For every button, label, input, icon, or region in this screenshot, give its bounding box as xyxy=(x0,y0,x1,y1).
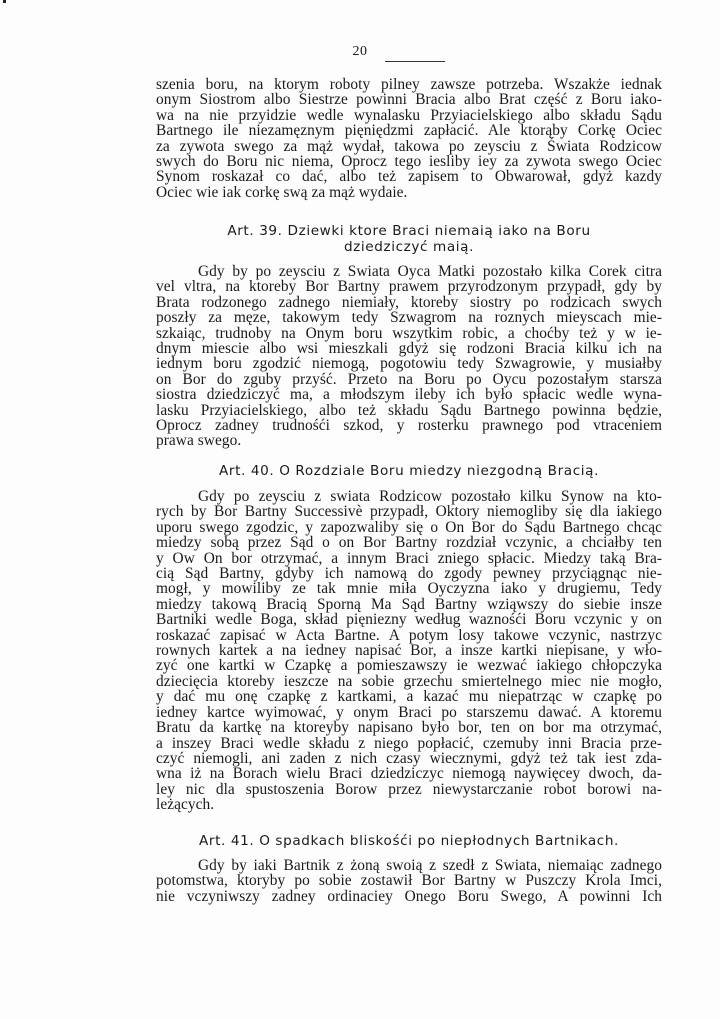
text-line: Bartniki wedle Boga, skład pięniezny wed… xyxy=(156,612,662,627)
text-line: roskazać zapisać w Acta Bartne. A potym … xyxy=(156,628,662,643)
text-line: uporu swego zgodzic, y zapozwaliby się o… xyxy=(156,520,662,535)
text-line: potomstwa, ktoryby po sobie zostawił Bor… xyxy=(156,873,662,888)
heading-art-39: Art. 39. Dziewki ktore Braci niemaią iak… xyxy=(156,224,662,255)
paragraph-art-39: Gdy by po zeysciu z Swiata Oyca Matki po… xyxy=(156,264,662,449)
heading-art-40: Art. 40. O Rozdziale Boru miedzy niezgod… xyxy=(156,464,662,480)
text-line: poszły za męze, takowym tedy Szwagrom na… xyxy=(156,310,662,325)
heading-line: Art. 41. O spadkach bliskośći po niepłod… xyxy=(156,834,662,850)
text-line: onym Siostrom albo Siestrze powinni Brac… xyxy=(156,92,662,107)
text-line: prawa swego. xyxy=(156,433,662,448)
heading-line: Art. 40. O Rozdziale Boru miedzy niezgod… xyxy=(156,464,662,480)
text-line: Bratu da kartkę na ktoreyby napisano był… xyxy=(156,720,662,735)
text-line: iedney kartce wyimować, y onym Braci po … xyxy=(156,705,662,720)
page-number: 20 xyxy=(0,44,720,60)
text-line: dnym miescie albo wsi mieszkali gdyż się… xyxy=(156,341,662,356)
text-line: Gdy by po zeysciu z Swiata Oyca Matki po… xyxy=(156,264,662,279)
text-line: rych by Bor Bartny Successivè przypadł, … xyxy=(156,504,662,519)
text-line: rownych kartek a na iedney napisać Bor, … xyxy=(156,643,662,658)
text-line: dziecięcia ktoreby ieszcze na sobie grze… xyxy=(156,674,662,689)
text-line: miedzy takową Bracią Sporną Ma Sąd Bartn… xyxy=(156,597,662,612)
text-line: Bartnego ile niezamęznym pięniędzmi zapł… xyxy=(156,123,662,138)
text-line: Brata rodzonego zadnego niemiały, ktoreb… xyxy=(156,295,662,310)
text-line: zyć one kartki w Czapkę a pomieszawszy i… xyxy=(156,658,662,673)
text-line: y Ow On bor otrzymać, a innym Braci znie… xyxy=(156,551,662,566)
text-line: ley nic dla spustoszenia Borow przez nie… xyxy=(156,782,662,797)
text-line: cią Sąd Bartny, gdyby ich namową do zgod… xyxy=(156,566,662,581)
paragraph-continuation: szenia boru, na ktorym roboty pilney zaw… xyxy=(156,77,662,200)
text-line: a inszey Braci wedle składu z niego popł… xyxy=(156,736,662,751)
text-line: iednym boru zgodzić niemogą, pogotowiu t… xyxy=(156,356,662,371)
text-line: szkaiąc, trudnoby na Onym boru wszytkim … xyxy=(156,326,662,341)
text-line: siostra dziedziczyć ma, a młodszym ileby… xyxy=(156,387,662,402)
text-line: Gdy by iaki Bartnik z żoną swoią z szedł… xyxy=(156,858,662,873)
text-line: miedzy sobą przez Sąd o on Bor Bartny ro… xyxy=(156,535,662,550)
heading-art-41: Art. 41. O spadkach bliskośći po niepłod… xyxy=(156,834,662,850)
text-line: za zywota swego za mąż wydał, takowa po … xyxy=(156,139,662,154)
text-line: lasku Przyiacielskiego, albo też składu … xyxy=(156,403,662,418)
text-line: szenia boru, na ktorym roboty pilney zaw… xyxy=(156,77,662,92)
text-line: czyć niemogli, ani zaden z nich czasy wi… xyxy=(156,751,662,766)
scan-artifact xyxy=(3,0,6,3)
text-line: y dać mu onę czapkę z kartkami, a kazać … xyxy=(156,689,662,704)
paragraph-art-40: Gdy po zeysciu z swiata Rodzicow pozosta… xyxy=(156,489,662,813)
text-line: swych do Boru nic niema, Oprocz tego ies… xyxy=(156,154,662,169)
text-line: Oprocz zadney trudnośći szkod, y rosterk… xyxy=(156,418,662,433)
text-line: Synom roskazał co dać, albo też zapisem … xyxy=(156,169,662,184)
heading-line: Art. 39. Dziewki ktore Braci niemaią iak… xyxy=(156,224,662,240)
text-line: leżących. xyxy=(156,797,662,812)
text-line: Gdy po zeysciu z swiata Rodzicow pozosta… xyxy=(156,489,662,504)
text-line: mogł, y mowiliby ze tak mnie miła Oyczyz… xyxy=(156,581,662,596)
text-line: vel vltra, na ktoreby Bor Bartny prawem … xyxy=(156,279,662,294)
text-line: wna iż na Borach wielu Braci dziedziczyc… xyxy=(156,766,662,781)
text-line: Ociec wie iak corkę swą za mąż wydaie. xyxy=(156,185,662,200)
page-number-rule xyxy=(385,61,445,62)
text-line: nie vczyniwszy zadney ordinaciey Onego B… xyxy=(156,889,662,904)
text-line: wa na nie przyidzie wedle wynalasku Przy… xyxy=(156,108,662,123)
heading-line: dziedziczyć maią. xyxy=(156,240,662,256)
text-line: on Bor do zguby przyść. Przeto na Boru p… xyxy=(156,372,662,387)
paragraph-art-41: Gdy by iaki Bartnik z żoną swoią z szedł… xyxy=(156,858,662,904)
